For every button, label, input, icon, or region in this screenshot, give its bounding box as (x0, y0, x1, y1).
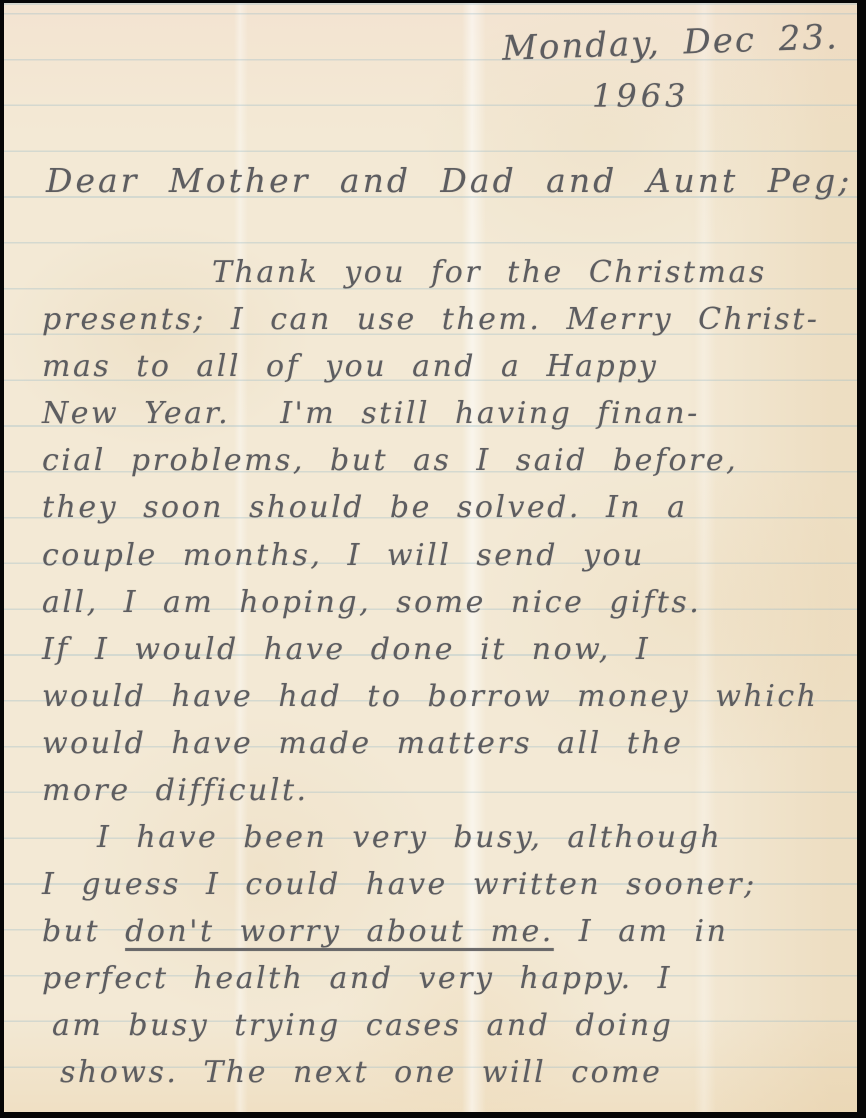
handwriting-line: am busy trying cases and doing (52, 1008, 673, 1043)
handwriting-line: Thank you for the Christmas (212, 255, 767, 290)
handwriting-line: presents; I can use them. Merry Christ- (42, 302, 819, 337)
salutation: Dear Mother and Dad and Aunt Peg; (46, 161, 852, 200)
date-line: Monday, Dec 23. (501, 17, 839, 69)
underlined-phrase: don't worry about me. (125, 914, 554, 949)
handwritten-text: Monday, Dec 23. 1963 Dear Mother and Dad… (4, 3, 857, 1112)
handwriting-line: couple months, I will send you (42, 538, 645, 573)
handwriting-line: perfect health and very happy. I (42, 961, 672, 996)
handwriting-line: would have had to borrow money which (42, 679, 818, 714)
handwriting-line: more difficult. (42, 773, 309, 808)
handwriting-line: shows. The next one will come (60, 1055, 662, 1090)
handwriting-line: I guess I could have written sooner; (42, 867, 757, 902)
handwriting-line: If I would have done it now, I (42, 632, 650, 667)
handwriting-line-underlined: but don't worry about me. I am in (42, 914, 728, 949)
handwriting-line: they soon should be solved. In a (42, 490, 688, 525)
handwriting-line: I have been very busy, although (97, 820, 722, 855)
handwriting-line: New Year. I'm still having finan- (42, 396, 700, 431)
handwriting-line: mas to all of you and a Happy (42, 349, 658, 384)
handwriting-line: all, I am hoping, some nice gifts. (42, 585, 701, 620)
scanned-letter: Monday, Dec 23. 1963 Dear Mother and Dad… (0, 0, 866, 1118)
date-year: 1963 (592, 77, 689, 115)
letter-body: Thank you for the Christmas presents; I … (42, 255, 843, 1112)
letter-paper: Monday, Dec 23. 1963 Dear Mother and Dad… (4, 3, 857, 1112)
handwriting-line: cial problems, but as I said before, (42, 443, 738, 478)
line-segment: I am in (554, 914, 729, 949)
line-segment: but (42, 914, 125, 949)
handwriting-line: would have made matters all the (42, 726, 683, 761)
